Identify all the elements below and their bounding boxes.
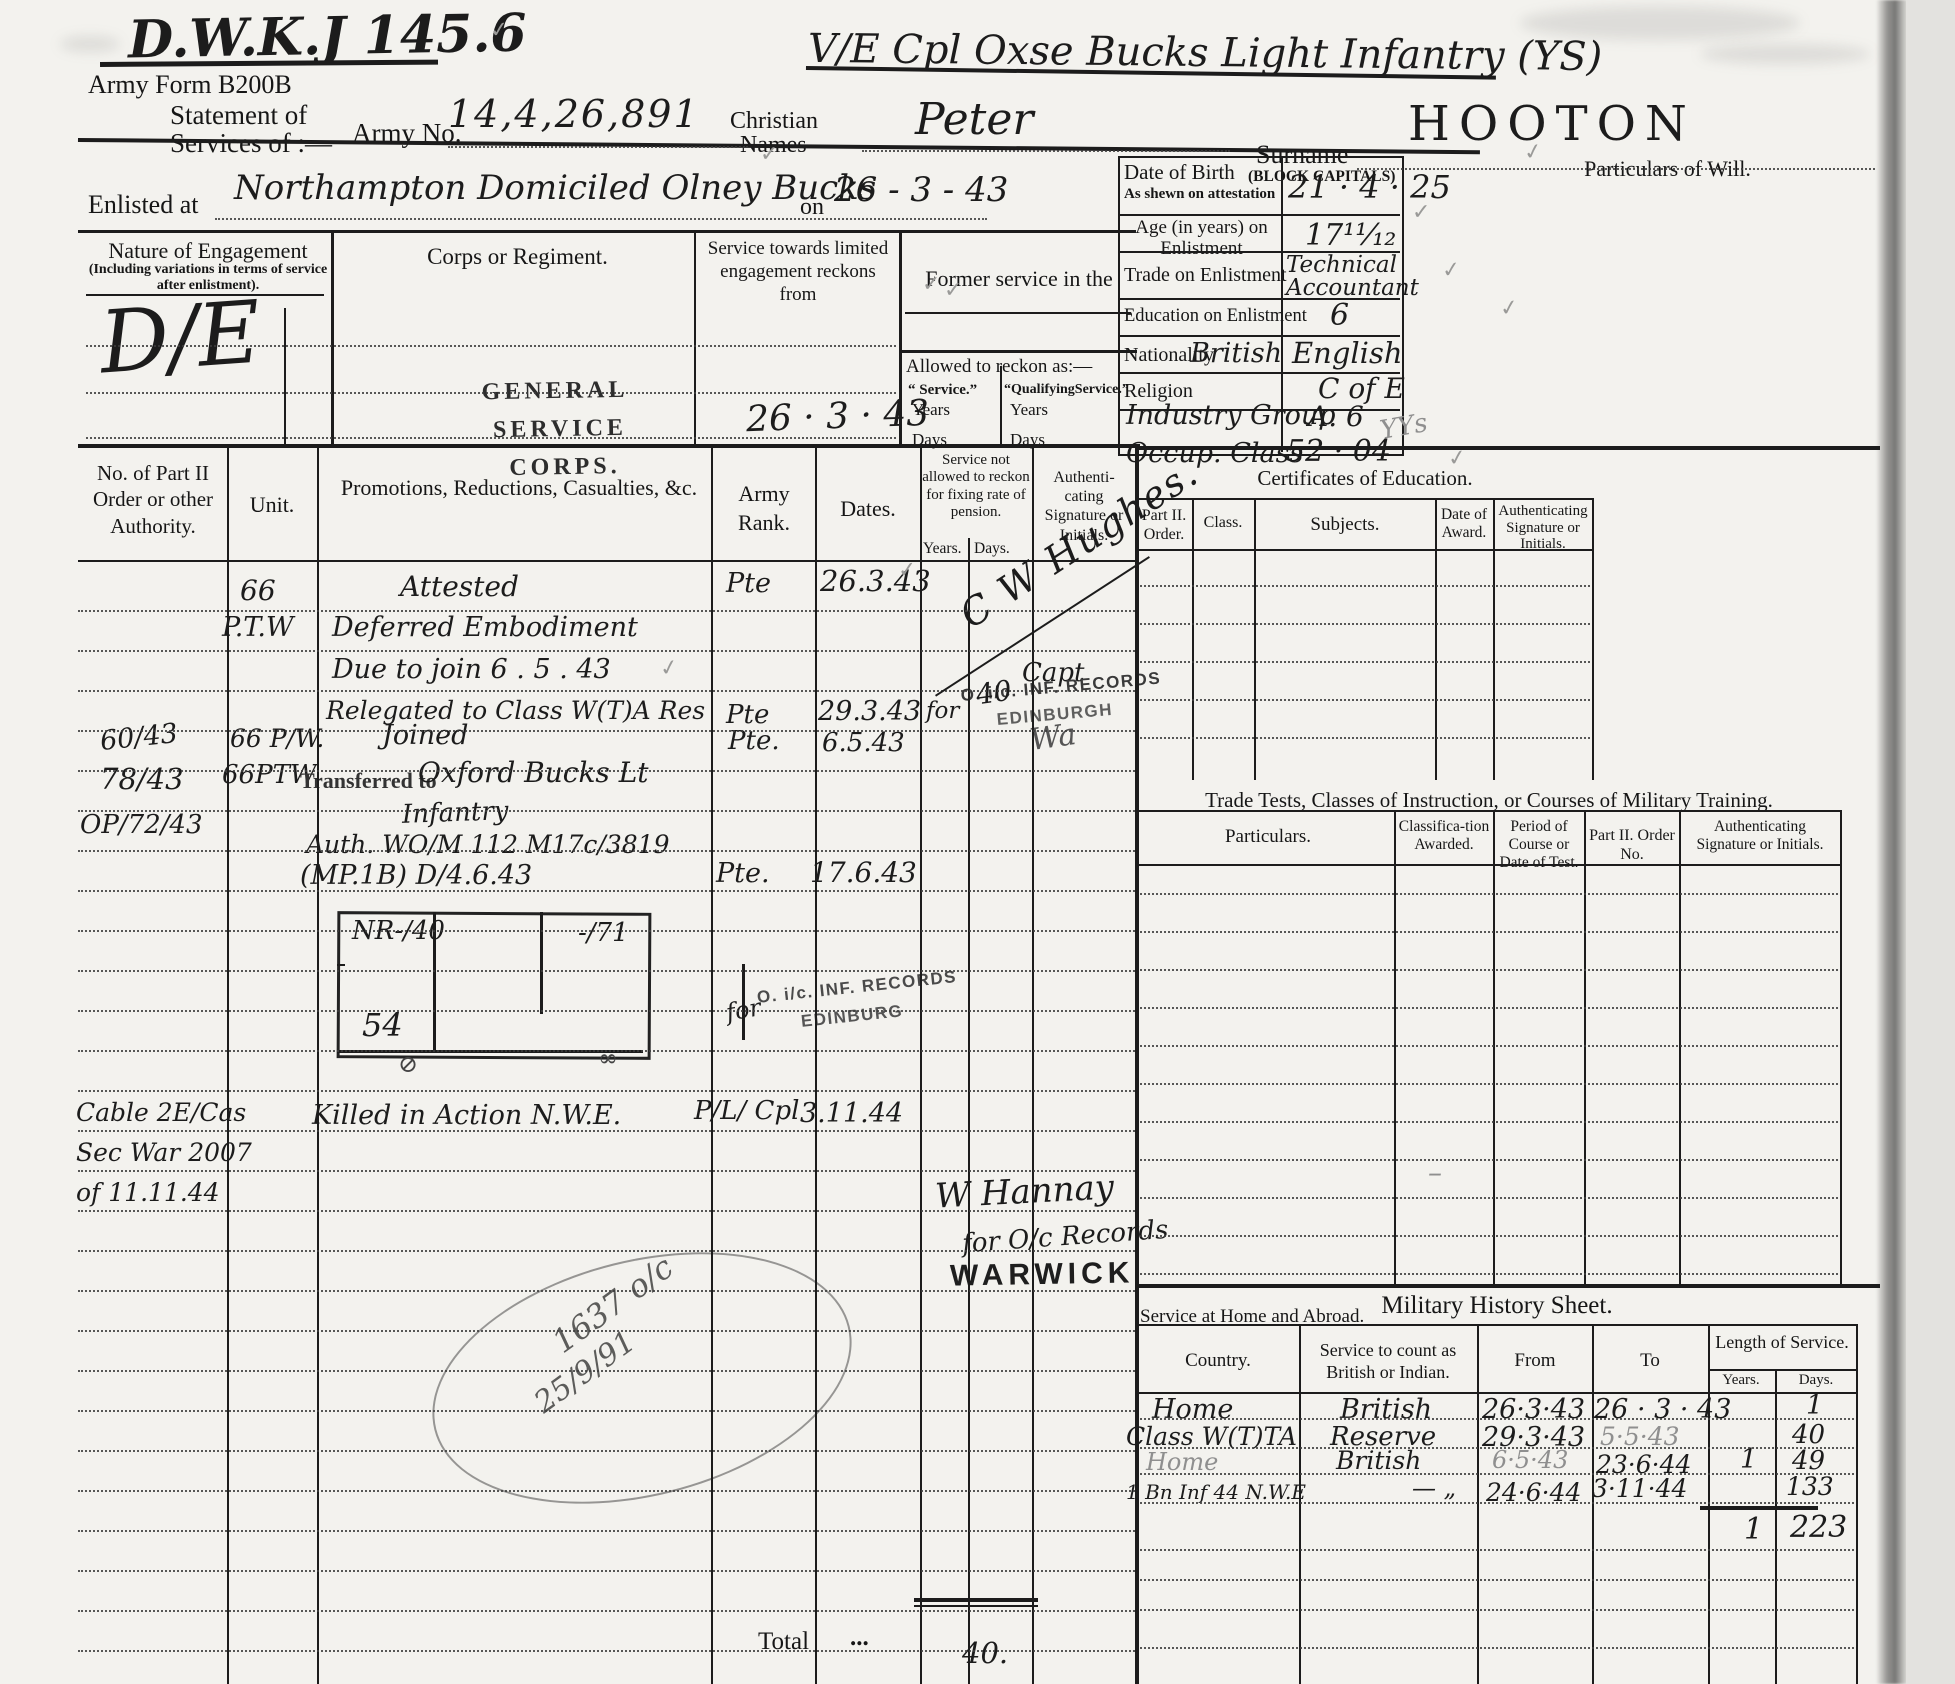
column-line — [1394, 810, 1396, 1286]
mhs-r1-country: Home — [1152, 1394, 1233, 1425]
industry-group-label: Industry Group — [1126, 400, 1336, 431]
corps-stamp-line2: SERVICE — [425, 414, 695, 446]
notebox-topright: -/71 — [578, 918, 629, 948]
rule-line — [1118, 372, 1400, 374]
rule-line — [1118, 409, 1400, 411]
rule-line — [914, 1605, 1038, 1607]
col-rank-header: Army Rank. — [718, 480, 810, 537]
mhs-r4-country: 1 Bn Inf 44 N.W.E — [1126, 1480, 1306, 1504]
column-line — [540, 912, 543, 1014]
clerk-initials: Wa — [1028, 717, 1079, 758]
pencil-checkmark: ✓ — [1498, 295, 1520, 322]
entry8-date: 17.6.43 — [810, 856, 917, 889]
dotted-row-line — [86, 437, 896, 439]
pencil-checkmark: ✓ — [1412, 200, 1430, 225]
dotted-row-line — [78, 770, 1135, 772]
column-line — [968, 538, 970, 1684]
rule-line — [86, 294, 324, 296]
age-label: Age (in years) on Enlistment — [1124, 218, 1279, 260]
column-line — [694, 230, 696, 446]
pencil-checkmark: ✓ — [922, 272, 940, 297]
scan-noise — [1700, 44, 1870, 64]
entry5-date: 6.5.43 — [822, 728, 905, 758]
dotted-row-line — [1140, 661, 1590, 663]
col-authority-header: No. of Part II Order or other Authority. — [84, 460, 222, 539]
dotted-row-line — [78, 1330, 1135, 1332]
rule-line — [1137, 446, 1880, 450]
dotted-row-line — [78, 1050, 1135, 1052]
rule-line — [1700, 1506, 1818, 1510]
entry2-text: Deferred Embodiment — [332, 612, 638, 643]
pension-days-header: Days. — [974, 540, 1010, 558]
column-line — [1840, 810, 1842, 1286]
entry7-text2: Auth. WO/M 112 M17c/3819 — [306, 830, 669, 859]
dotted-row-line — [78, 730, 1135, 732]
education-value: 6 — [1330, 298, 1349, 333]
age-value: 17¹¹⁄₁₂ — [1305, 218, 1396, 253]
trade-classification-header: Classifica-tion Awarded. — [1398, 818, 1490, 854]
column-line — [1679, 810, 1681, 1286]
dotted-row-line — [78, 1290, 1135, 1292]
column-line — [1584, 810, 1586, 1286]
entry5-text: Joined — [382, 720, 468, 751]
dob-sublabel: As shewn on attestation — [1124, 186, 1275, 203]
entry9-authority-line2: Sec War 2007 — [76, 1138, 252, 1167]
mhs-r4-to: 3·11·44 — [1592, 1474, 1687, 1503]
dotted-row-line — [1140, 1083, 1838, 1085]
trade-value: Technical Accountant — [1286, 254, 1398, 300]
occup-class-value: 52 · 04 — [1286, 434, 1391, 469]
dotted-row-line — [1140, 1045, 1838, 1047]
rule-line — [1137, 1324, 1857, 1326]
column-line — [284, 308, 286, 446]
mhs-years-header: Years. — [1710, 1372, 1772, 1389]
dotted-row-line — [78, 1010, 1135, 1012]
entry7-authority: OP/72/43 — [80, 810, 203, 840]
mhs-r1-service: British — [1340, 1394, 1432, 1425]
christian-names-label1: Christian — [730, 108, 818, 135]
dotted-row-line — [1140, 969, 1838, 971]
column-line — [742, 964, 745, 1040]
form-name: Army Form B200B — [88, 70, 292, 100]
trade-part2-header: Part II. Order No. — [1588, 826, 1676, 864]
pencil-checkmark: ✓ — [897, 557, 917, 583]
rule-line — [1118, 214, 1400, 216]
mhs-total-years: 1 — [1744, 1512, 1763, 1547]
column-line — [1592, 498, 1594, 780]
enlisted-place-value: Northampton Domiciled Olney Bucks — [234, 168, 876, 208]
rule-line — [914, 1598, 1038, 1602]
dotted-row-line — [78, 930, 1135, 932]
scan-noise — [60, 36, 120, 52]
column-line — [899, 230, 902, 446]
mhs-from-header: From — [1480, 1350, 1590, 1372]
rule-line — [1708, 1369, 1856, 1371]
nationality-value: English — [1292, 336, 1403, 370]
entry8-rank: Pte. — [716, 858, 770, 889]
army-no-value: 14,4,26,891 — [448, 92, 700, 136]
education-label: Education on Enlistment — [1124, 306, 1307, 327]
trade-particulars-header: Particulars. — [1160, 826, 1376, 848]
entry6-text: Oxford Bucks Lt — [418, 756, 649, 789]
column-line — [1135, 444, 1139, 1684]
dotted-row-line — [78, 890, 1135, 892]
mhs-r1-from: 26·3·43 — [1482, 1394, 1585, 1425]
column-line — [317, 444, 319, 1684]
service-quote-label: “ Service.” — [908, 382, 977, 399]
scanner-bed — [1906, 0, 1955, 1684]
nature-engagement-title: Nature of Engagement — [88, 238, 328, 264]
rule-line — [78, 560, 1136, 562]
entry5-unit: 66 P/W. — [230, 724, 324, 753]
dotted-row-line — [1140, 893, 1838, 895]
cert-class-header: Class. — [1194, 514, 1252, 532]
rule-line — [78, 444, 1140, 448]
records2-stamp-line1: O. i/c. INF. RECORDS — [756, 967, 958, 1008]
entry3-text: Due to join 6 . 5 . 43 — [332, 654, 611, 685]
mhs-to-header: To — [1594, 1350, 1706, 1372]
certificates-title: Certificates of Education. — [1137, 466, 1593, 491]
column-line — [1775, 1369, 1777, 1684]
entry9-authority-line1: Cable 2E/Cas — [76, 1098, 246, 1127]
col-dates-header: Dates. — [820, 496, 916, 522]
entry1-rank: Pte — [726, 568, 771, 599]
notebox-scribble2: ∞ — [598, 1044, 618, 1072]
cert-award-header: Date of Award. — [1436, 506, 1492, 542]
statement-line1: Statement of — [170, 100, 307, 131]
cert-signature-header: Authenticating Signature or Initials. — [1497, 503, 1589, 553]
pencil-checkmark: ✓ — [1441, 257, 1462, 284]
dotted-row-line — [1140, 1159, 1838, 1161]
dotted-row-line — [1140, 1579, 1854, 1581]
dotted-row-line — [1357, 168, 1875, 170]
entry9-authority-line3: of 11.11.44 — [76, 1178, 220, 1207]
nature-engagement-value: D/E — [97, 283, 264, 394]
dotted-row-line — [1140, 931, 1838, 933]
column-line — [433, 912, 436, 1053]
pencil-checkmark: ✓ — [760, 142, 778, 167]
dotted-row-line — [78, 850, 1135, 852]
entry7-text: Infantry — [402, 796, 509, 830]
column-line — [815, 444, 817, 1684]
enlisted-date-value: 26 - 3 - 43 — [834, 170, 1008, 210]
surname-value: HOOTON — [1408, 96, 1696, 152]
reckon-from-date: 26 · 3 · 43 — [745, 393, 930, 440]
qualifying-quote-label: “QualifyingService.” — [1004, 382, 1129, 398]
entry1-unit: 66 — [240, 574, 276, 607]
entry6-authority: 78/43 — [100, 762, 184, 796]
qualifying-years-label: Years — [1010, 400, 1048, 420]
christian-names-value: Peter — [915, 94, 1033, 145]
rule-line — [1137, 498, 1593, 500]
dotted-row-line — [78, 1570, 1135, 1572]
entry2-unit: P.T.W — [222, 612, 294, 643]
rule-line — [1118, 251, 1400, 253]
mhs-length-header: Length of Service. — [1712, 1332, 1852, 1353]
mhs-r3-service: British — [1336, 1446, 1421, 1475]
column-line — [1299, 1324, 1301, 1684]
trade-label: Trade on Enlistment — [1124, 264, 1287, 287]
column-line — [331, 230, 334, 446]
dotted-row-line — [78, 1170, 1135, 1172]
column-line — [920, 444, 922, 1684]
total-dots: ... — [850, 1624, 869, 1652]
dotted-row-line — [215, 218, 987, 220]
pencil-checkmark: ✓ — [658, 655, 680, 683]
column-line — [1477, 1324, 1479, 1684]
dotted-row-line — [78, 1210, 1135, 1212]
dotted-row-line — [1140, 737, 1590, 739]
dotted-row-line — [1140, 1609, 1854, 1611]
occup-class-label: Occup. Class — [1126, 438, 1303, 469]
mhs-r4-days: 133 — [1786, 1472, 1834, 1501]
dotted-row-line — [1140, 1418, 1854, 1420]
industry-group-value: A. 6 — [1308, 400, 1364, 433]
dotted-row-line — [1140, 699, 1590, 701]
dotted-row-line — [1140, 1007, 1838, 1009]
dotted-row-line — [78, 1370, 1135, 1372]
warwick-stamp: WARWICK — [950, 1256, 1135, 1293]
dotted-row-line — [1140, 1647, 1854, 1649]
entry8-text: (MP.1B) D/4.6.43 — [300, 860, 532, 891]
rule-line — [337, 964, 345, 966]
dotted-row-line — [1140, 585, 1590, 587]
rule-line — [1137, 549, 1593, 551]
rule-line — [1137, 864, 1841, 866]
rule-line — [905, 312, 1131, 314]
notebox-scribble1: ⊘ — [398, 1050, 418, 1078]
column-line — [1708, 1324, 1710, 1684]
dotted-row-line — [1140, 1121, 1838, 1123]
mhs-country-header: Country. — [1140, 1350, 1296, 1372]
dotted-row-line — [1140, 1197, 1838, 1199]
cert-part2-header: Part II. Order. — [1139, 506, 1189, 544]
dotted-row-line — [78, 1490, 1135, 1492]
col-pension-header: Service not allowed to reckon for fixing… — [922, 452, 1030, 521]
rule-line — [1137, 1284, 1880, 1288]
column-line — [1493, 810, 1495, 1286]
enlisted-at-label: Enlisted at — [88, 190, 198, 220]
dotted-row-line — [1140, 1549, 1854, 1551]
column-line — [711, 444, 713, 1684]
nationality-handwritten: British — [1190, 338, 1282, 369]
dotted-row-line — [78, 970, 1135, 972]
rule-line — [1137, 1392, 1857, 1394]
rule-line — [1118, 335, 1400, 337]
column-line — [227, 444, 229, 1684]
dotted-row-line — [78, 1610, 1135, 1612]
dotted-row-line — [1140, 623, 1590, 625]
dotted-row-line — [1140, 1273, 1838, 1275]
dotted-row-line — [1140, 1447, 1854, 1449]
army-form-b200b-scan: D.W.K.J 145.6 Army Form B200B Statement … — [0, 0, 1955, 1684]
pension-years-header: Years. — [923, 540, 961, 558]
dotted-row-line — [78, 650, 1135, 652]
scan-torn-edge — [1876, 0, 1908, 1684]
dotted-row-line — [78, 1650, 1135, 1652]
pencil-checkmark: ✓ — [944, 278, 962, 303]
dotted-row-line — [78, 690, 1135, 692]
dotted-row-line — [78, 1410, 1135, 1412]
pencil-checkmark: ✓ — [489, 17, 510, 44]
dob-label: Date of Birth — [1124, 160, 1235, 185]
pencil-checkmark: ✓ — [1446, 445, 1468, 472]
rule-line — [900, 350, 1137, 353]
trade-signature-header: Authenticating Signature or Initials. — [1686, 818, 1834, 854]
column-line — [1592, 1324, 1594, 1684]
dotted-row-line — [86, 392, 896, 394]
entry9-text: Killed in Action N.W.E. — [312, 1100, 621, 1131]
dotted-row-line — [86, 345, 896, 347]
mhs-r1-days: 1 — [1806, 1390, 1823, 1421]
dotted-row-line — [1140, 1502, 1854, 1504]
dotted-row-line — [78, 1450, 1135, 1452]
mhs-r3-country: Home — [1146, 1448, 1218, 1476]
mhs-service-header: Service to count as British or Indian. — [1306, 1340, 1470, 1383]
rule-line — [1118, 298, 1400, 300]
mhs-r1-to: 26 · 3 · 43 — [1594, 1394, 1731, 1425]
enlisted-on-label: on — [800, 194, 824, 221]
dotted-row-line — [1140, 1473, 1854, 1475]
dotted-row-line — [862, 150, 1230, 152]
column-line — [1000, 366, 1002, 446]
mhs-r4-service: — „ — [1412, 1474, 1456, 1502]
mhs-r3-from: 6·5·43 — [1492, 1446, 1568, 1474]
corps-regiment-title: Corps or Regiment. — [345, 244, 690, 270]
col-unit-header: Unit. — [228, 492, 316, 518]
dotted-row-line — [78, 810, 1135, 812]
entry4-date: 29.3.43 — [818, 696, 921, 727]
for-initial1: for — [926, 698, 959, 724]
column-line — [1856, 1324, 1858, 1684]
col-promotions-header: Promotions, Reductions, Casualties, &c. — [330, 474, 708, 503]
dotted-row-line — [78, 1130, 1135, 1132]
dotted-row-line — [448, 146, 748, 148]
dotted-row-line — [78, 1530, 1135, 1532]
dotted-row-line — [78, 1250, 1135, 1252]
entry5-authority: 60/43 — [99, 718, 180, 757]
mhs-total-days: 223 — [1790, 1510, 1847, 1545]
cert-subjects-header: Subjects. — [1256, 514, 1434, 536]
entry9-rank: P/L/ Cpl — [694, 1096, 799, 1126]
forty-handwritten: 40 — [974, 674, 1014, 712]
column-line — [1281, 156, 1283, 452]
rule-line — [1137, 810, 1841, 812]
reckon-from-title: Service towards limited engagement recko… — [700, 238, 896, 306]
rule-line — [78, 230, 1136, 233]
entry1-text: Attested — [400, 570, 519, 603]
dotted-row-line — [78, 610, 1135, 612]
mhs-days-header: Days. — [1780, 1372, 1852, 1389]
dotted-row-line — [1140, 1235, 1838, 1237]
service-years-label: Years — [912, 400, 950, 420]
dotted-row-line — [78, 1090, 1135, 1092]
